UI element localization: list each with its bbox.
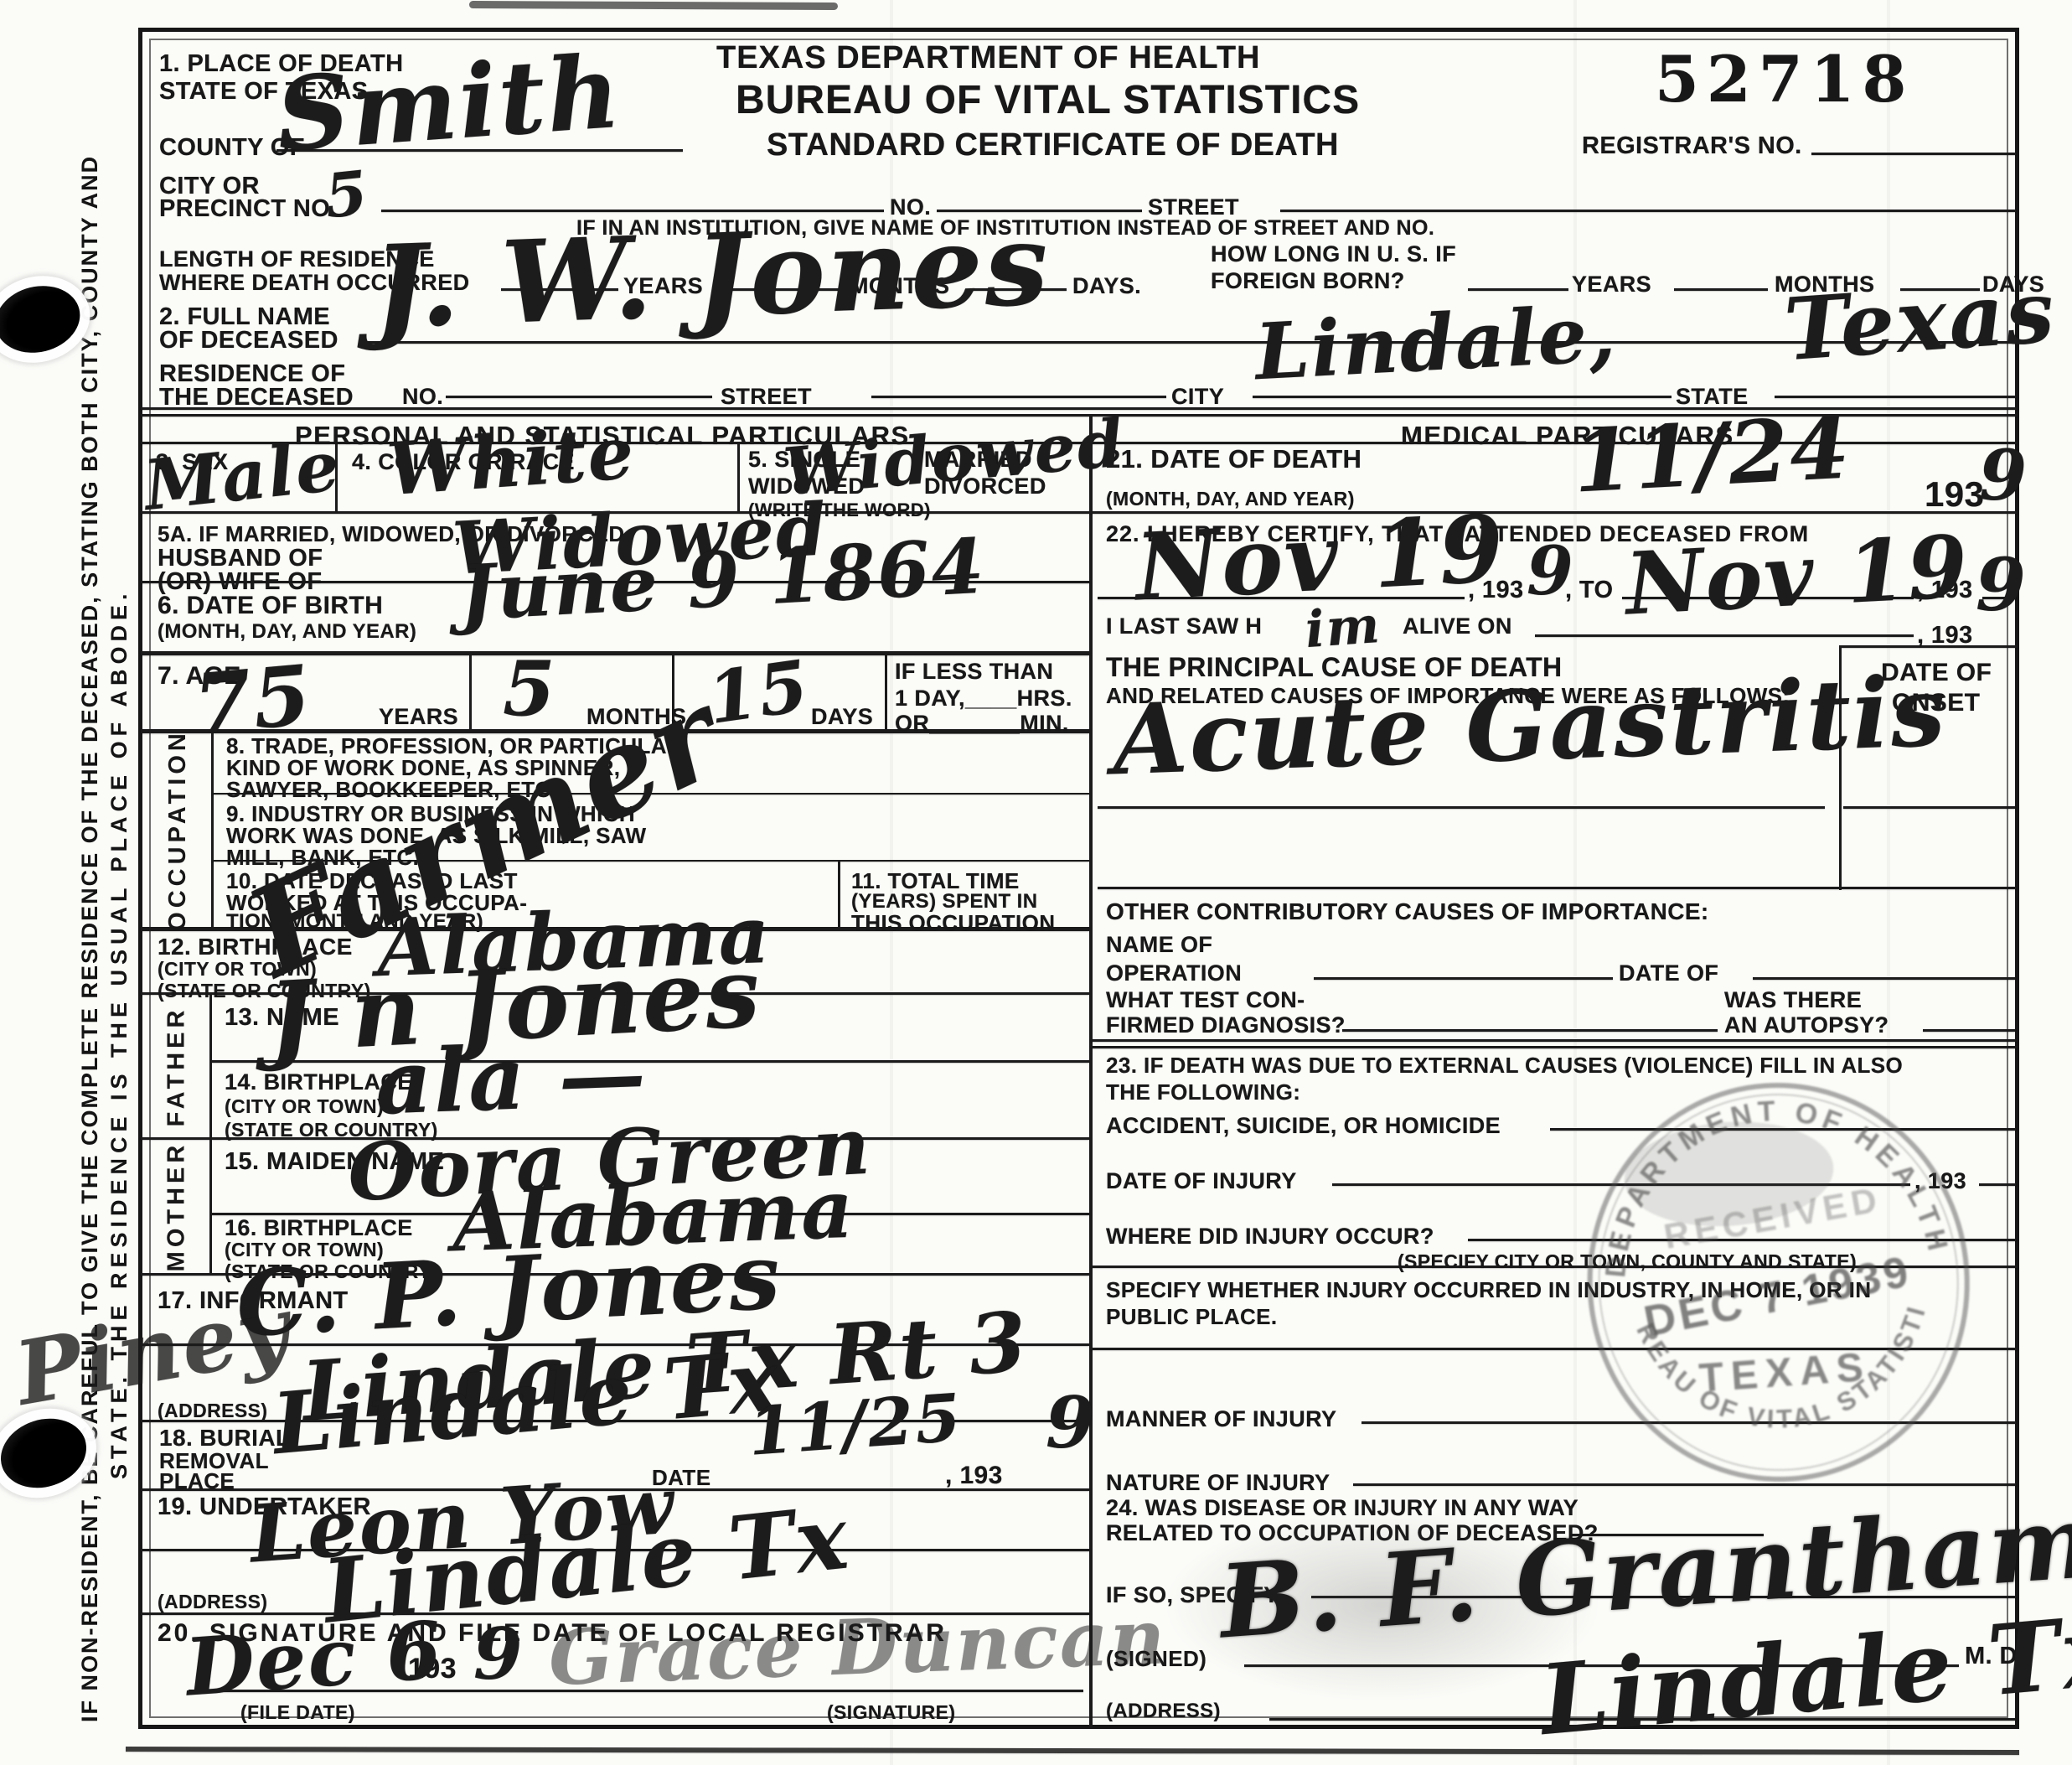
operation-label2: OPERATION [1106, 960, 1242, 986]
rule [1253, 396, 1672, 398]
header-dept: TEXAS DEPARTMENT OF HEALTH [716, 40, 1260, 76]
days-label: DAYS. [1072, 273, 1141, 299]
specify-injury-label2: PUBLIC PLACE. [1106, 1304, 1278, 1330]
accident-label: ACCIDENT, SUICIDE, OR HOMICIDE [1106, 1113, 1501, 1139]
autopsy-label2: AN AUTOPSY? [1724, 1012, 1889, 1038]
other-contributory-label: OTHER CONTRIBUTORY CAUSES OF IMPORTANCE: [1106, 898, 1709, 925]
field-19-address-label: (ADDRESS) [158, 1591, 267, 1613]
field-6-label2: (MONTH, DAY, AND YEAR) [158, 620, 416, 644]
field-16-label1: 16. BIRTHPLACE [225, 1215, 413, 1241]
last-saw-label2: ALIVE ON [1403, 613, 1512, 639]
divider [885, 653, 887, 731]
residence-city-label: CITY [1171, 384, 1224, 410]
rule [446, 396, 712, 398]
attended-from-value: Nov 19 [1134, 507, 1507, 609]
residence-city-value: Lindale, [1253, 299, 1619, 387]
rule [1535, 634, 1914, 637]
rule [141, 511, 2018, 514]
residence-street-label: STREET [721, 384, 812, 410]
rule [1280, 210, 2016, 212]
test-label2: FIRMED DIAGNOSIS? [1106, 1012, 1346, 1038]
date-of-injury-label: DATE OF INJURY [1106, 1168, 1297, 1194]
divider [838, 860, 840, 929]
father-strip-text: FATHER [163, 1006, 191, 1126]
field-14-label2: (CITY OR TOWN) [225, 1095, 384, 1118]
margin-instruction-line1: IF NON-RESIDENT, BE CAREFUL TO GIVE THE … [77, 155, 103, 1722]
last-saw-date-value: Nov 19 [1624, 529, 1971, 624]
punch-hole [0, 277, 87, 361]
operation-label1: NAME OF [1106, 932, 1212, 958]
age-days-value: 15 [704, 654, 813, 731]
operation-date-label: DATE OF [1619, 960, 1718, 986]
residence-no-label: NO. [402, 384, 443, 410]
column-divider [1089, 416, 1093, 1728]
death-year-digit: 9 [1979, 446, 2028, 508]
rule [1811, 153, 2016, 155]
rule [1843, 806, 2015, 809]
file-date-value: Dec 6 [183, 1615, 445, 1704]
stamp-date-text: DEC 7 1939 [1641, 1247, 1915, 1347]
precinct-no-label: PRECINCT NO. [159, 195, 338, 223]
test-label1: WHAT TEST CON- [1106, 987, 1305, 1013]
registrar-no-label: REGISTRAR'S NO. [1582, 132, 1802, 160]
certificate-number: 52718 [1655, 42, 1914, 116]
rule [1091, 1039, 2018, 1042]
divider [469, 653, 472, 731]
rule [1091, 1046, 2018, 1048]
occupation-strip-label: OCCUPATION [147, 732, 208, 927]
field-21-label1: 21. DATE OF DEATH [1106, 444, 1362, 474]
year3-printed: , 193 [1917, 622, 1973, 650]
burial-date-value: 11/25 [747, 1389, 964, 1462]
deceased-name-value: J. W. Jones [371, 213, 1052, 339]
how-long-us-label2: FOREIGN BORN? [1211, 268, 1405, 294]
race-value: White [385, 421, 638, 503]
county-value: Smith [274, 47, 624, 161]
received-stamp: DEPARTMENT OF HEALTH BUREAU OF VITAL STA… [1559, 1061, 1998, 1512]
occupation-strip-text: OCCUPATION [164, 729, 192, 931]
rule [1753, 977, 2015, 980]
field-6-label1: 6. DATE OF BIRTH [158, 592, 383, 620]
field-17-address-label: (ADDRESS) [158, 1400, 267, 1422]
rule [1979, 1183, 2016, 1186]
signature-caption: (SIGNATURE) [827, 1701, 955, 1724]
divider [209, 992, 212, 1139]
rule [1314, 977, 1613, 980]
field-11-line3: THIS OCCUPATION [851, 910, 1055, 936]
precinct-value: 5 [323, 165, 372, 224]
residence-state-value: Texas [1782, 274, 2058, 370]
full-name-label2: OF DECEASED [159, 327, 338, 355]
rule [1098, 887, 2016, 889]
field-6-value: June 9 1864 [457, 533, 987, 629]
age-less-label2: 1 DAY,____HRS. [895, 686, 1072, 712]
header-bureau: BUREAU OF VITAL STATISTICS [736, 77, 1360, 123]
last-saw-him: im [1304, 603, 1382, 653]
residence-label2: THE DECEASED [159, 384, 354, 411]
age-less-label3: OR_______MIN. [895, 711, 1069, 737]
autopsy-label1: WAS THERE [1724, 987, 1862, 1013]
cause-of-death-value: Acute Gastritis [1111, 669, 1948, 784]
rule [1674, 288, 1768, 291]
death-certificate-scan: IF NON-RESIDENT, BE CAREFUL TO GIVE THE … [0, 0, 2072, 1765]
burial-year-printed: , 193 [945, 1462, 1003, 1490]
file-year-digit: 9 [473, 1623, 524, 1686]
how-long-us-label1: HOW LONG IN U. S. IF [1211, 241, 1456, 267]
mother-strip-text: MOTHER [163, 1141, 191, 1271]
burial-year-digit: 9 [1046, 1391, 1096, 1455]
manner-of-injury-label: MANNER OF INJURY [1106, 1406, 1336, 1432]
where-injury-label: WHERE DID INJURY OCCUR? [1106, 1224, 1434, 1250]
divider [209, 1139, 212, 1273]
nature-of-injury-label: NATURE OF INJURY [1106, 1470, 1330, 1496]
rule [1342, 1029, 1718, 1032]
registrar-signature-value: Grace Duncan [548, 1603, 1168, 1693]
age-months-value: 5 [503, 655, 557, 723]
field-24-address-label: (ADDRESS) [1106, 1700, 1221, 1723]
rule [1923, 1029, 2015, 1032]
year3-digit: 9 [1976, 553, 2028, 618]
age-years-value: 75 [191, 659, 315, 743]
death-year-printed: 193 [1925, 474, 1984, 515]
divider [211, 731, 214, 929]
field-23-label2: THE FOLLOWING: [1106, 1079, 1300, 1105]
field-18-label3: PLACE [159, 1468, 235, 1494]
scan-streak [469, 1, 838, 10]
father-strip-label: FATHER [147, 994, 206, 1138]
header-standard: STANDARD CERTIFICATE OF DEATH [767, 127, 1339, 163]
age-days-label: DAYS [811, 704, 873, 730]
field-14-value: ala — [374, 1034, 648, 1122]
mother-strip-label: MOTHER [147, 1140, 206, 1272]
rule [871, 396, 1166, 398]
rule [126, 1747, 2019, 1755]
age-years-label: YEARS [379, 704, 458, 730]
death-date-value: 11/24 [1572, 410, 1852, 501]
rule [1775, 396, 2016, 398]
age-less-label1: IF LESS THAN [895, 659, 1053, 685]
rule [1098, 806, 1825, 809]
year1-digit: 9 [1527, 541, 1575, 601]
sex-value: Male [142, 436, 344, 518]
